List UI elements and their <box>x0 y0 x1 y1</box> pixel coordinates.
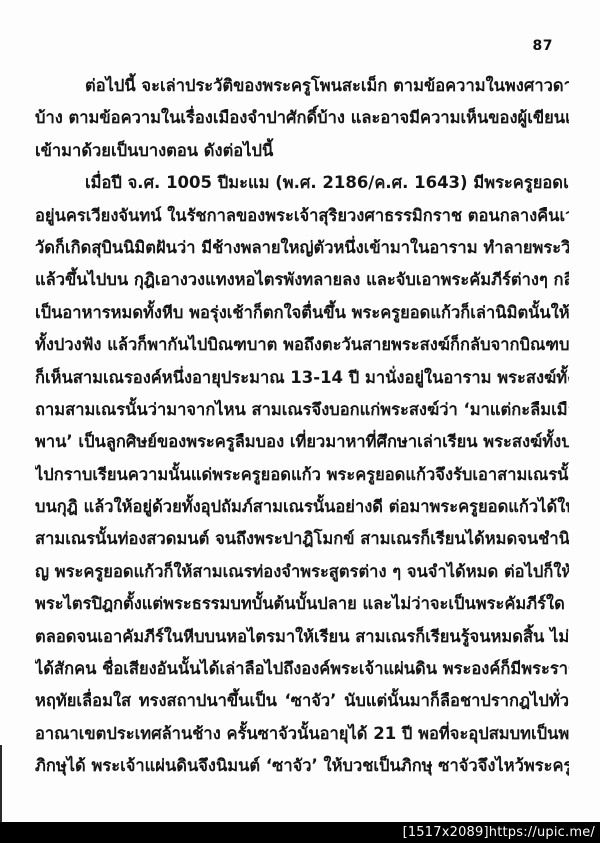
text-line: พระไตรปิฎกตั้งแต่พระธรรมบทบั้นต้นบั้นปลา… <box>35 588 569 620</box>
text-line: อยู่นครเวียงจันทน์ ในรัชกาลของพระเจ้าสุร… <box>35 200 569 232</box>
page-number: 87 <box>533 38 553 54</box>
text-line: ต่อไปนี้ จะเล่าประวัติของพระครูโพนสะเม็ก… <box>35 70 569 102</box>
text-line: เมื่อปี จ.ศ. 1005 ปีมะแม (พ.ศ. 2186/ค.ศ.… <box>35 167 569 199</box>
text-line: เข้ามาด้วยเป็นบางตอน ดังต่อไปนี้ <box>35 135 569 167</box>
text-line: บนกุฎิ แล้วให้อยู่ด้วยทั้งอุปถัมภ์สามเณร… <box>35 491 569 523</box>
text-line: พาน’ เป็นลูกศิษย์ของพระครูลืมบอง เที่ยวม… <box>35 426 569 458</box>
text-line: บ้าง ตามข้อความในเรื่องเมืองจำปาศักดิ์บ้… <box>35 102 569 134</box>
text-line: สามเณรนั้นท่องสวดมนต์ จนถึงพระปาฎิโมกข์ … <box>35 523 569 555</box>
scan-edge-artifact <box>0 745 2 823</box>
text-line: ไปกราบเรียนความนั้นแด่พระครูยอดแก้ว พระค… <box>35 459 569 491</box>
text-line: ญ พระครูยอดแก้วก็ให้สามเณรท่องจำพระสูตรต… <box>35 556 569 588</box>
body-text-block: ต่อไปนี้ จะเล่าประวัติของพระครูโพนสะเม็ก… <box>35 70 569 783</box>
paragraph-1: ต่อไปนี้ จะเล่าประวัติของพระครูโพนสะเม็ก… <box>35 70 569 167</box>
scanned-document-page: 87 ต่อไปนี้ จะเล่าประวัติของพระครูโพนสะเ… <box>0 0 600 843</box>
text-line: ก็เห็นสามเณรองค์หนึ่งอายุประมาณ 13-14 ปี… <box>35 362 569 394</box>
text-line: อาณาเขตประเทศล้านช้าง ครั้นซาจัวนั้นอายุ… <box>35 718 569 750</box>
text-line: วัดก็เกิดสุบินนิมิตฝันว่า มีช้างพลายใหญ่… <box>35 232 569 264</box>
watermark-bar: [1517x2089]https://upic.me/ <box>0 822 600 843</box>
text-line: เป็นอาหารหมดทั้งหีบ พอรุ่งเช้าก็ตกใจตื่น… <box>35 297 569 329</box>
text-line: ได้สักคน ชื่อเสียงอันนั้นได้เล่าลือไปถึง… <box>35 653 569 685</box>
text-line: หฤทัยเลื่อมใส ทรงสถาปนาขึ้นเป็น ‘ซาจัว’ … <box>35 685 569 717</box>
text-line: ตลอดจนเอาคัมภีร์ในหีบบนหอไตรมาให้เรียน ส… <box>35 621 569 653</box>
text-line: แล้วขึ้นไปบน กุฎิเอางวงแทงหอไตรพังทลายลง… <box>35 264 569 296</box>
text-line: ทั้งปวงฟัง แล้วก็พากันไปบิณฑบาต พอถึงตะว… <box>35 329 569 361</box>
text-line: ถามสามเณรนั้นว่ามาจากไหน สามเณรจึงบอกแก่… <box>35 394 569 426</box>
text-line: ภิกษุได้ พระเจ้าแผ่นดินจึงนิมนต์ ‘ซาจัว’… <box>35 750 569 782</box>
paragraph-2: เมื่อปี จ.ศ. 1005 ปีมะแม (พ.ศ. 2186/ค.ศ.… <box>35 167 569 782</box>
